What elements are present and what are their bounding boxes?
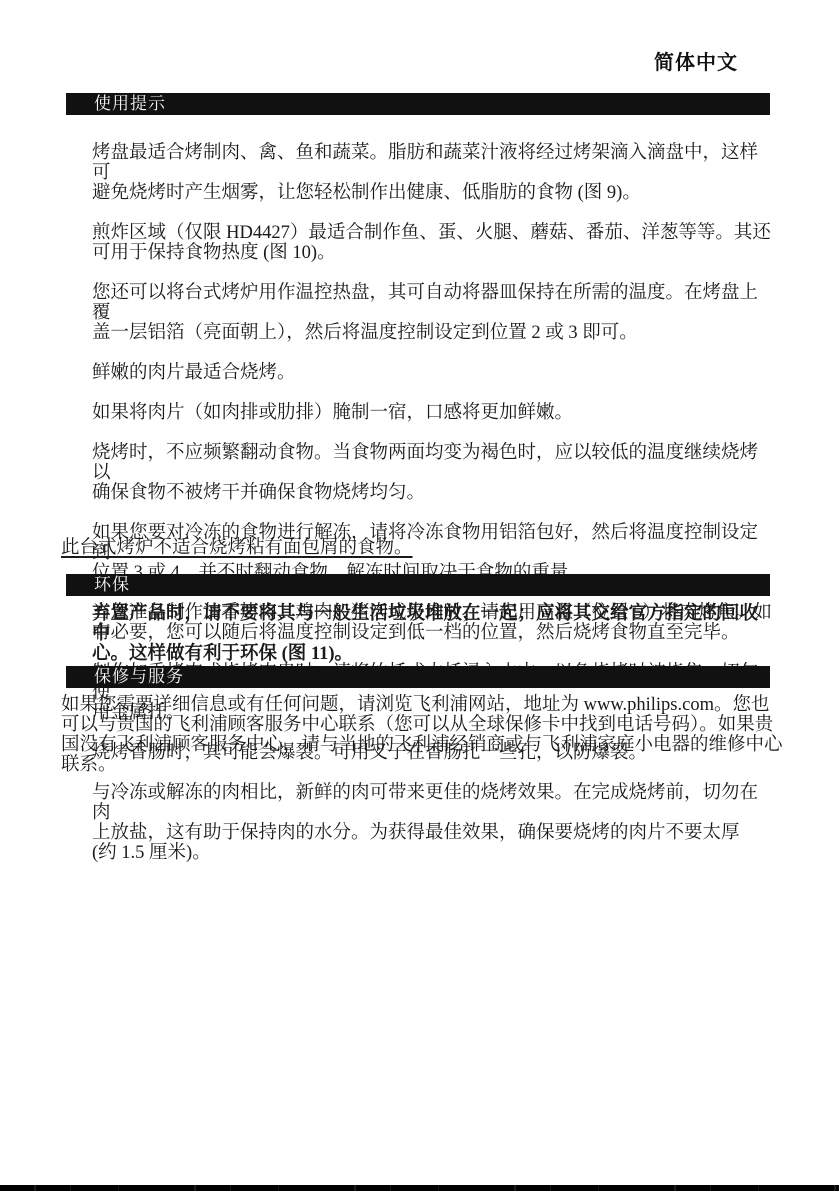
language-label: 简体中文: [654, 46, 738, 75]
section-header-usage-tips: 使用提示: [66, 93, 770, 115]
tips-paragraph: 您还可以将台式烤炉用作温控热盘，其可自动将器皿保持在所需的温度。在烤盘上覆 盖一…: [92, 283, 774, 343]
breaded-food-note: 此台式烤炉不适合烧烤粘有面包屑的食物。: [61, 538, 798, 558]
tips-paragraph: 煎炸区域（仅限 HD4427）最适合制作鱼、蛋、火腿、蘑菇、番茄、洋葱等等。其还…: [92, 223, 774, 263]
section-title-environment: 环保: [66, 574, 770, 596]
environment-body: 弃置产品时，请不要将其与一般生活垃圾堆放在一起；应将其交给官方指定的回收中 心。…: [92, 604, 774, 664]
section-title-usage-tips: 使用提示: [66, 93, 770, 115]
manual-page: 简体中文 使用提示 烤盘最适合烤制肉、禽、鱼和蔬菜。脂肪和蔬菜汁液将经过烤架滴入…: [0, 0, 839, 1191]
section-header-environment: 环保: [66, 574, 770, 596]
tips-paragraph: 烧烤时，不应频繁翻动食物。当食物两面均变为褐色时，应以较低的温度继续烧烤以 确保…: [92, 443, 774, 503]
page-edge-scan-artifact: [0, 1185, 839, 1191]
tips-paragraph: 烤盘最适合烤制肉、禽、鱼和蔬菜。脂肪和蔬菜汁液将经过烤架滴入滴盘中，这样可 避免…: [92, 143, 774, 203]
section-header-warranty-service: 保修与服务: [66, 666, 770, 688]
tips-paragraph: 与冷冻或解冻的肉相比，新鲜的肉可带来更佳的烧烤效果。在完成烧烤前，切勿在肉 上放…: [92, 783, 774, 863]
tips-paragraph: 鲜嫩的肉片最适合烧烤。: [92, 363, 774, 383]
warranty-service-body: 如果您需要详细信息或有任何问题，请浏览飞利浦网站，地址为 www.philips…: [61, 695, 798, 775]
tips-paragraph: 如果将肉片（如肉排或肋排）腌制一宿，口感将更加鲜嫩。: [92, 403, 774, 423]
section-title-warranty-service: 保修与服务: [66, 666, 770, 688]
